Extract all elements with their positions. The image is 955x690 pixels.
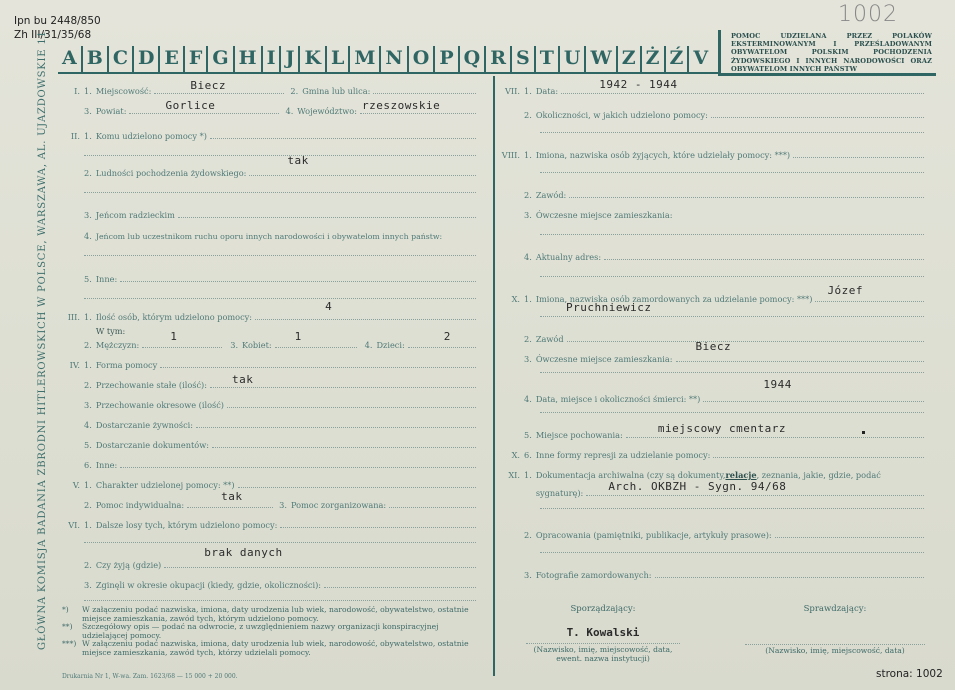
field-line[interactable]: tak: [187, 507, 273, 508]
field-value: rzeszowskie: [362, 99, 440, 112]
alpha-letter: H: [235, 46, 263, 72]
field-opracowania: 2. Opracowania (pamiętniki, publikacje, …: [500, 524, 924, 540]
field-line[interactable]: [210, 138, 476, 139]
footnote-item: *) W załączeniu podać nazwiska, imiona, …: [62, 606, 472, 623]
alpha-letter: W: [586, 46, 617, 72]
field-label: sygnaturę):: [536, 488, 584, 498]
field-value: Józef: [827, 284, 863, 297]
section-number: V.: [60, 480, 84, 490]
alpha-letter: L: [327, 46, 350, 72]
field-label: Komu udzielono pomocy *): [96, 131, 207, 141]
section-number: VIII.: [500, 150, 524, 160]
field-label: Data:: [536, 86, 558, 96]
field-label: Pomoc zorganizowana:: [291, 500, 386, 510]
field-label: Ówczesne miejsce zamieszkania:: [536, 210, 673, 220]
field-dokumentacja-archiwalna: XI. 1. Dokumentacja archiwalna (czy są d…: [500, 464, 924, 480]
field-inne-forma: 6. Inne:: [60, 454, 476, 470]
field-value: 2: [444, 330, 451, 343]
field-fotografie: 3. Fotografie zamordowanych:: [500, 564, 924, 580]
alpha-letter: P: [435, 46, 459, 72]
field-line[interactable]: rzeszowskie: [360, 113, 476, 114]
field-value: 1942 - 1944: [599, 78, 677, 91]
field-value: 1944: [763, 378, 792, 391]
field-line[interactable]: [178, 217, 476, 218]
alpha-letter: J: [281, 46, 300, 72]
field-jencom-innych: 4. Jeńcom lub uczestnikom ruchu oporu in…: [60, 225, 476, 241]
continuation-line[interactable]: [540, 276, 924, 277]
section-number: X.: [500, 450, 524, 460]
item-number: 2.: [524, 190, 536, 200]
footnote-mark: *): [62, 606, 82, 623]
footnote-text: W załączeniu podać nazwiska, imiona, dat…: [82, 640, 472, 657]
footnote-mark: **): [62, 623, 82, 640]
handwritten-page-number: 1002: [838, 2, 898, 27]
checker-label: Sprawdzający:: [745, 604, 925, 614]
field-line[interactable]: [569, 197, 924, 198]
field-value: Arch. OKBZH - Sygn. 94/68: [608, 480, 786, 493]
field-value: 1: [170, 330, 177, 343]
item-number: 3.: [84, 106, 96, 116]
field-line[interactable]: 1: [275, 347, 357, 348]
item-number: 3.: [84, 210, 96, 220]
field-value: 1: [295, 330, 302, 343]
item-number: 2.: [84, 168, 96, 178]
field-data-smierci: 4. Data, miejsce i okoliczności śmierci:…: [500, 388, 924, 404]
field-mezczyzn-kobiet-dzieci: 2. Mężczyzn: 1 3. Kobiet: 1 4. Dzieci: 2: [60, 334, 476, 350]
section-number: VI.: [60, 520, 84, 530]
checker-hint: (Nazwisko, imię, miejscowość, data): [745, 647, 925, 656]
field-label: Aktualny adres:: [536, 252, 601, 262]
field-dostarczanie-dokumentow: 5. Dostarczanie dokumentów:: [60, 434, 476, 450]
item-number: 2.: [84, 560, 96, 570]
item-number: 1.: [524, 294, 536, 304]
archive-ref-line1: Ipn bu 2448/850: [14, 14, 101, 28]
field-komu-udzielono: II. 1. Komu udzielono pomocy *): [60, 125, 476, 141]
field-value: tak: [232, 373, 253, 386]
continuation-line[interactable]: [540, 132, 924, 133]
archive-ref-line2: Zh III/31/35/68: [14, 28, 101, 42]
item-number: 5.: [84, 440, 96, 450]
field-label: Gmina lub ulica:: [302, 86, 370, 96]
field-line[interactable]: [120, 281, 476, 282]
field-czy-zyja: 2. Czy żyją (gdzie) brak danych: [60, 554, 476, 570]
field-line[interactable]: [160, 367, 476, 368]
item-number: 2.: [284, 86, 302, 96]
item-number: 1.: [524, 470, 536, 480]
item-number: 3.: [84, 580, 96, 590]
field-label: Forma pomocy: [96, 360, 157, 370]
field-value: miejscowy cmentarz: [658, 422, 786, 435]
field-label: Inne formy represji za udzielanie pomocy…: [536, 450, 711, 460]
item-number: 2.: [84, 380, 96, 390]
field-label: Fotografie zamordowanych:: [536, 570, 652, 580]
field-osoby-zyjace: VIII. 1. Imiona, nazwiska osób żyjących,…: [500, 144, 924, 160]
field-powiat: 3. Powiat: Gorlice 4. Województwo: rzesz…: [60, 100, 476, 116]
field-label: Miejsce pochowania:: [536, 430, 623, 440]
section-number: IV.: [60, 360, 84, 370]
item-number: 4.: [524, 394, 536, 404]
field-value: Biecz: [696, 340, 732, 353]
field-label: Jeńcom lub uczestnikom ruchu oporu innyc…: [96, 232, 442, 241]
field-label: Ówczesne miejsce zamieszkania:: [536, 354, 673, 364]
field-label: Czy żyją (gdzie): [96, 560, 161, 570]
continuation-line[interactable]: [540, 372, 924, 373]
preparer-hint: (Nazwisko, imię, miejscowość, data, ewen…: [526, 646, 680, 663]
item-number: 2.: [84, 500, 96, 510]
field-label: Ludności pochodzenia żydowskiego:: [96, 168, 247, 178]
field-przechowanie-okresowe: 3. Przechowanie okresowe (ilość): [60, 394, 476, 410]
item-number: 2.: [84, 340, 96, 350]
continuation-line[interactable]: [84, 192, 476, 193]
alphabet-index-bar: A B C D E F G H I J K L M N O P Q R S T …: [58, 46, 718, 74]
field-label: Dalsze losy tych, którym udzielono pomoc…: [96, 520, 278, 530]
field-line[interactable]: 1: [142, 347, 222, 348]
continuation-line[interactable]: [540, 552, 924, 553]
field-line[interactable]: [227, 407, 476, 408]
field-line[interactable]: [713, 457, 924, 458]
item-number: 3.: [273, 500, 291, 510]
footnote-text: Szczegółowy opis — podać na odwrocie, z …: [82, 623, 472, 640]
alpha-letter: U: [560, 46, 587, 72]
item-number: 3.: [222, 340, 242, 350]
preparer-name: T. Kowalski: [526, 626, 680, 639]
field-label: Województwo:: [297, 106, 357, 116]
field-sygnatura: 1. sygnaturę): Arch. OKBZH - Sygn. 94/68: [500, 482, 924, 498]
item-number: 2.: [524, 334, 536, 344]
form-title: Pomoc udzielana przez Polaków ekstermino…: [731, 32, 932, 73]
continuation-line[interactable]: Pruchniewicz: [540, 316, 924, 317]
field-label: Przechowanie okresowe (ilość): [96, 400, 224, 410]
field-osoby-zamordowane: X. 1. Imiona, nazwiska osób zamordowanyc…: [500, 288, 924, 304]
document-page: Ipn bu 2448/850 Zh III/31/35/68 1002 A B…: [0, 0, 955, 690]
field-value: Gorlice: [165, 99, 215, 112]
footnote-item: ***) W załączeniu podać nazwiska, imiona…: [62, 640, 472, 657]
continuation-line[interactable]: [84, 298, 476, 299]
field-line[interactable]: 1944: [703, 401, 924, 402]
field-line[interactable]: [212, 447, 476, 448]
item-number: 1.: [84, 480, 96, 490]
field-line[interactable]: tak: [210, 387, 476, 388]
continuation-line[interactable]: [540, 412, 924, 413]
alpha-letter: V: [689, 46, 712, 72]
field-ludnosci-zydowskiej: 2. Ludności pochodzenia żydowskiego: tak: [60, 162, 476, 178]
alpha-letter: C: [109, 46, 134, 72]
section-number: X.: [500, 294, 524, 304]
item-number: 1.: [524, 86, 536, 96]
field-line[interactable]: [711, 117, 924, 118]
continuation-line[interactable]: [540, 234, 924, 235]
field-line[interactable]: [389, 507, 476, 508]
field-label: Mężczyzn:: [96, 340, 139, 350]
section-number: II.: [60, 131, 84, 141]
field-label: Opracowania (pamiętniki, publikacje, art…: [536, 530, 772, 540]
field-owczesne-miejsce-zyjacy: 3. Ówczesne miejsce zamieszkania:: [500, 204, 924, 220]
field-label: Okoliczności, w jakich udzielono pomocy:: [536, 110, 708, 120]
field-label: Przechowanie stałe (ilość):: [96, 380, 207, 390]
field-line[interactable]: [604, 259, 924, 260]
alpha-letter: I: [263, 46, 282, 72]
field-zgineli: 3. Zginęli w okresie okupacji (kiedy, gd…: [60, 574, 476, 590]
footnote-text: W załączeniu podać nazwiska, imiona, dat…: [82, 606, 472, 623]
field-label: , zeznania, jakie, gdzie, podać: [757, 470, 881, 480]
preparer-signature-block: Sporządzający: T. Kowalski (Nazwisko, im…: [526, 604, 680, 663]
field-label: Pomoc indywidualna:: [96, 500, 184, 510]
continuation-line[interactable]: [540, 508, 924, 509]
preparer-signature-line[interactable]: [526, 643, 680, 644]
field-label: Zawód:: [536, 190, 567, 200]
printer-info: Drukarnia Nr 1, W-wa. Zam. 1623/68 — 15 …: [62, 673, 238, 680]
field-value: Pruchniewicz: [566, 301, 651, 314]
continuation-line[interactable]: [540, 172, 924, 173]
field-line[interactable]: Biecz: [676, 361, 924, 362]
item-number: 4.: [84, 420, 96, 430]
field-line[interactable]: [120, 467, 476, 468]
item-number: 6.: [524, 450, 536, 460]
item-number: 4.: [279, 106, 297, 116]
field-label: Imiona, nazwiska osób żyjących, które ud…: [536, 150, 790, 160]
field-przechowanie-stale: 2. Przechowanie stałe (ilość): tak: [60, 374, 476, 390]
item-number: 1.: [84, 131, 96, 141]
item-number: 4.: [357, 340, 377, 350]
item-number: 5.: [84, 274, 96, 284]
field-line[interactable]: [238, 487, 476, 488]
field-aktualny-adres: 4. Aktualny adres:: [500, 246, 924, 262]
section-number: XI.: [500, 470, 524, 480]
field-value: Biecz: [190, 79, 226, 92]
field-miejscowosc: I. 1. Miejscowość: Biecz 2. Gmina lub ul…: [60, 80, 476, 96]
item-number: 1.: [84, 86, 96, 96]
checker-name: [745, 626, 925, 640]
continuation-line[interactable]: [84, 542, 476, 543]
field-dostarczanie-zywnosci: 4. Dostarczanie żywności:: [60, 414, 476, 430]
field-forma-pomocy: IV. 1. Forma pomocy: [60, 354, 476, 370]
checker-signature-line[interactable]: [745, 644, 925, 645]
field-line[interactable]: Józef: [815, 301, 924, 302]
field-line[interactable]: [567, 341, 924, 342]
field-line[interactable]: brak danych: [164, 567, 476, 568]
field-label: Dzieci:: [376, 340, 404, 350]
field-label: Charakter udzielonej pomocy: **): [96, 480, 235, 490]
footnote-item: **) Szczegółowy opis — podać na odwrocie…: [62, 623, 472, 640]
field-okolicznosci: 2. Okoliczności, w jakich udzielono pomo…: [500, 104, 924, 120]
item-number: 2.: [524, 530, 536, 540]
field-inne: 5. Inne:: [60, 268, 476, 284]
field-label: Miejscowość:: [96, 86, 152, 96]
footnotes: *) W załączeniu podać nazwiska, imiona, …: [62, 606, 472, 658]
checker-signature-block: Sprawdzający: (Nazwisko, imię, miejscowo…: [745, 604, 925, 656]
item-number: 3.: [524, 570, 536, 580]
field-line-gmina[interactable]: [373, 93, 476, 94]
field-label: Data, miejsce i okoliczności śmierci: **…: [536, 394, 701, 404]
item-number: 5.: [524, 430, 536, 440]
alpha-letter: Ź: [666, 46, 690, 72]
alpha-letter: T: [536, 46, 560, 72]
section-number: I.: [60, 86, 84, 96]
item-number: 3.: [84, 400, 96, 410]
field-miejsce-pochowania: 5. Miejsce pochowania: miejscowy cmentar…: [500, 424, 924, 440]
field-label: Inne:: [96, 274, 117, 284]
alpha-letter: B: [83, 46, 109, 72]
field-label: Zginęli w okresie okupacji (kiedy, gdzie…: [96, 580, 321, 590]
item-number: 4.: [84, 231, 96, 241]
alpha-letter: G: [208, 46, 234, 72]
item-number: 1.: [524, 150, 536, 160]
alpha-letter: M: [350, 46, 381, 72]
field-line[interactable]: [324, 587, 476, 588]
column-divider: [493, 76, 495, 676]
field-value: tak: [287, 154, 308, 167]
item-number: 4.: [524, 252, 536, 262]
field-charakter-pomocy: V. 1. Charakter udzielonej pomocy: **): [60, 474, 476, 490]
alpha-letter: Ż: [642, 46, 666, 72]
preparer-label: Sporządzający:: [526, 604, 680, 614]
field-line[interactable]: [280, 527, 476, 528]
field-label: Inne:: [96, 460, 117, 470]
field-label-underlined: relacje: [725, 470, 756, 480]
section-number: VII.: [500, 86, 524, 96]
field-line[interactable]: [775, 537, 924, 538]
field-jencom-radzieckim: 3. Jeńcom radzieckim: [60, 204, 476, 220]
alpha-letter: F: [185, 46, 209, 72]
field-value: tak: [221, 490, 242, 503]
field-line[interactable]: Gorlice: [129, 113, 279, 114]
alpha-letter: A: [58, 46, 83, 72]
item-number: 1.: [84, 360, 96, 370]
field-line[interactable]: [655, 577, 924, 578]
field-dalsze-losy: VI. 1. Dalsze losy tych, którym udzielon…: [60, 514, 476, 530]
field-label: Dokumentacja archiwalna (czy są dokument…: [536, 470, 726, 480]
field-inne-formy-represji: X. 6. Inne formy represji za udzielanie …: [500, 444, 924, 460]
field-data: VII. 1. Data: 1942 - 1944: [500, 80, 924, 96]
field-line[interactable]: [793, 157, 924, 158]
field-zawod-zyjacy: 2. Zawód:: [500, 184, 924, 200]
alpha-letter: K: [300, 46, 327, 72]
field-label: Jeńcom radzieckim: [96, 210, 175, 220]
field-value: brak danych: [204, 546, 282, 559]
field-label: Kobiet:: [242, 340, 272, 350]
field-line[interactable]: Arch. OKBZH - Sygn. 94/68: [586, 495, 924, 496]
alpha-letter: Z: [618, 46, 642, 72]
alpha-letter: S: [512, 46, 536, 72]
item-number: 3.: [524, 210, 536, 220]
continuation-line[interactable]: [84, 255, 476, 256]
field-line[interactable]: [196, 427, 476, 428]
field-label: Zawód: [536, 334, 564, 344]
alpha-letter: E: [160, 46, 184, 72]
item-number: 1.: [84, 520, 96, 530]
field-line[interactable]: tak: [249, 175, 476, 176]
item-number: 6.: [84, 460, 96, 470]
ink-mark: [862, 431, 865, 434]
alpha-letter: Q: [460, 46, 487, 72]
alpha-letter: D: [134, 46, 160, 72]
field-line[interactable]: Biecz: [154, 93, 284, 94]
item-number: 2.: [524, 110, 536, 120]
form-title-box: Pomoc udzielana przez Polaków ekstermino…: [718, 30, 936, 76]
alpha-letter: N: [381, 46, 408, 72]
field-label: Dostarczanie dokumentów:: [96, 440, 209, 450]
field-line[interactable]: 1942 - 1944: [561, 93, 924, 94]
institution-side-text: GŁÓWNA KOMISJA BADANIA ZBRODNI HITLEROWS…: [37, 80, 48, 650]
continuation-line[interactable]: [84, 155, 476, 156]
field-value: 4: [325, 300, 332, 313]
alpha-letter: R: [486, 46, 512, 72]
field-pomoc-indywidualna: 2. Pomoc indywidualna: tak 3. Pomoc zorg…: [60, 494, 476, 510]
archive-reference: Ipn bu 2448/850 Zh III/31/35/68: [14, 14, 101, 42]
field-owczesne-miejsce-zamordowany: 3. Ówczesne miejsce zamieszkania: Biecz: [500, 348, 924, 364]
field-line[interactable]: miejscowy cmentarz: [626, 437, 924, 438]
field-label: Powiat:: [96, 106, 127, 116]
item-number: 3.: [524, 354, 536, 364]
alpha-letter: O: [409, 46, 436, 72]
field-line[interactable]: 2: [408, 347, 476, 348]
page-number-label: strona: 1002: [876, 668, 943, 680]
footnote-mark: ***): [62, 640, 82, 657]
field-label: Dostarczanie żywności:: [96, 420, 193, 430]
continuation-line[interactable]: [84, 600, 476, 601]
